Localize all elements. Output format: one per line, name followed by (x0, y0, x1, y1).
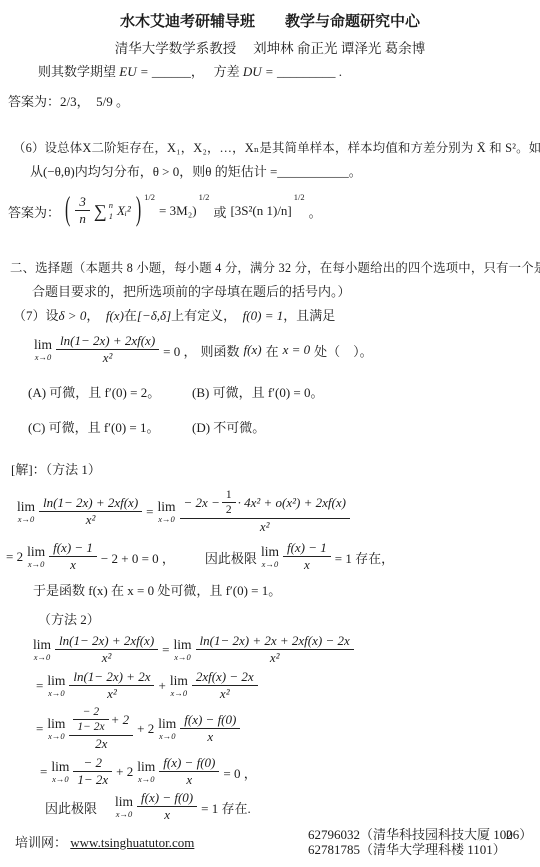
answer-label: 答案为： (8, 202, 60, 221)
section-2-heading-line-1: 二、选择题（本题共 8 小题，每小题 4 分，满分 32 分，在每小题给出的四个… (10, 258, 540, 276)
option-c-label: (C) (28, 420, 45, 435)
question-6-line-2: 从(−θ,θ)内均匀分布，θ > 0，则θ 的矩估计 =___________。 (30, 161, 362, 180)
stem-text: 上有定义， (171, 308, 243, 323)
lim-subscript: x→0 (159, 732, 176, 741)
or-text: 或 (213, 202, 226, 221)
sum-term: Xᵢ² (117, 203, 131, 219)
numerator: ln(1− 2x) + 2x + 2xf(x) − 2x (196, 633, 354, 649)
option-d: (D) 不可微。 (192, 417, 265, 436)
limit-operator: lim x→0 (47, 674, 65, 698)
num-part-b: · 4x² + o(x²) + 2xf(x) (238, 495, 346, 511)
option-c-text: 可微，且 f′(0) = 1。 (49, 420, 160, 435)
numerator: 1 (222, 488, 236, 502)
option-a: (A) 可微，且 f′(0) = 2。 (28, 382, 160, 401)
limit-operator: lim x→0 (115, 795, 133, 819)
denominator: x² (192, 685, 258, 703)
eu-expression: EU = (119, 64, 148, 79)
lim-word: lim (47, 674, 65, 688)
fraction: ln(1− 2x) + 2xf(x) x² (39, 495, 142, 529)
denominator: x (283, 556, 331, 574)
lim-word: lim (158, 500, 176, 514)
fraction: ln(1− 2x) + 2x x² (69, 669, 154, 703)
stem-text: 在 (124, 308, 137, 323)
plus-two-lim: + 2 (137, 721, 154, 737)
numerator: f(x) − f(0) (180, 712, 240, 728)
limit-operator: lim x→0 (158, 500, 176, 524)
stem-text: ，且满足 (283, 308, 335, 323)
math-fx: f(x) (106, 308, 124, 323)
method-2-conclusion: 因此极限 lim x→0 f(x) − f(0) x = 1 存在. (45, 789, 251, 825)
blank-du: _________ (277, 64, 336, 79)
question-7-stem: （7）设δ > 0， f(x)在[−δ,δ]上有定义， f(0) = 1，且满足 (13, 305, 335, 324)
limit-operator: lim x→0 (261, 545, 279, 569)
alt-answer: [3S²(n 1)/n] (230, 203, 291, 219)
therefore-text: 因此极限 (45, 798, 97, 817)
stem-text: 在 (266, 341, 279, 360)
summation-icon: ∑ (94, 202, 107, 220)
fraction: 2xf(x) − 2x x² (192, 669, 258, 703)
option-d-text: 不可微。 (213, 420, 265, 435)
equals-two: = 2 (6, 549, 23, 565)
lim-subscript: x→0 (171, 689, 188, 698)
fraction: ln(1− 2x) + 2x + 2xf(x) − 2x x² (196, 633, 354, 667)
stem-text: ， 方差 (191, 64, 243, 79)
blank-eu: ______ (152, 64, 191, 79)
nested-fraction: 1 2 (222, 488, 236, 518)
lim-subscript: x→0 (28, 560, 45, 569)
nested-fraction: − 2 1− 2x (73, 705, 108, 735)
big-paren-left-icon: ( (64, 192, 71, 230)
fraction: 3 n (75, 194, 90, 228)
fraction: f(x) − f(0) x (137, 790, 197, 824)
denominator: n (75, 210, 90, 228)
exponent: 1/2 (199, 192, 210, 202)
fraction: − 2 1− 2x (73, 755, 112, 789)
denominator: 1− 2x (73, 719, 108, 735)
equals-sign: = (40, 764, 47, 780)
lim-subscript: x→0 (35, 353, 52, 362)
option-d-label: (D) (192, 420, 210, 435)
limit-operator: lim x→0 (33, 638, 51, 662)
footer-left: 培训网： www.tsinghuatutor.com (15, 832, 194, 851)
big-paren-right-icon: ) (135, 192, 142, 230)
lim-subscript: x→0 (138, 775, 155, 784)
option-b-label: (B) (192, 385, 209, 400)
option-b-text: 可微，且 f′(0) = 0。 (213, 385, 324, 400)
numerator: 2xf(x) − 2x (192, 669, 258, 685)
fraction: − 2x − 1 2 · 4x² + o(x²) + 2xf(x) x² (180, 488, 350, 536)
mid-text: − 2 + 0 = 0 ， (101, 548, 175, 567)
tutor-website-link[interactable]: www.tsinghuatutor.com (70, 835, 194, 850)
section-2-heading-line-2: 合题目要求的，把所选项前的字母填在题后的括号内。） (32, 281, 351, 300)
math-interval: [−δ,δ] (137, 308, 171, 323)
footer-phone-2: 62781785（清华大学理科楼 1101） (308, 842, 532, 857)
numerator: − 2 1− 2x + 2 (69, 705, 133, 735)
stem-text: 则函数 (201, 341, 240, 360)
lim-word: lim (115, 795, 133, 809)
num-part-a: − 2x − (184, 495, 220, 511)
page-title: 水木艾迪考研辅导班 教学与命题研究中心 (0, 10, 540, 31)
equals-zero: = 0 ， (223, 763, 256, 782)
numerator: ln(1− 2x) + 2xf(x) (39, 495, 142, 511)
question-6-line-1: （6）设总体X二阶矩存在，X₁，X₂，…，Xₙ是其简单样本，样本均值和方差分别为… (13, 138, 540, 156)
lim-word: lim (33, 638, 51, 652)
fraction: ln(1− 2x) + 2xf(x) x² (56, 333, 159, 367)
limit-operator: lim x→0 (174, 638, 192, 662)
numerator: − 2 (73, 705, 108, 719)
method-1-conclusion: 于是函数 f(x) 在 x = 0 处可微，且 f′(0) = 1。 (33, 580, 281, 599)
du-expression: DU = (243, 64, 274, 79)
training-site-label: 培训网： (15, 835, 67, 850)
lim-subscript: x→0 (48, 689, 65, 698)
equals-sign: = (36, 721, 43, 737)
limit-operator: lim x→0 (17, 500, 35, 524)
method-2-step-2: = lim x→0 ln(1− 2x) + 2x x² + lim x→0 2x… (36, 667, 258, 705)
limit-operator: lim x→0 (170, 674, 188, 698)
numerator: − 2x − 1 2 · 4x² + o(x²) + 2xf(x) (180, 488, 350, 518)
page-number: 2 (506, 827, 513, 843)
answer-6: 答案为： ( 3 n ∑ n 1 Xᵢ² ) 1/2 = 3M₂) 1/2 或 … (8, 190, 322, 232)
lim-word: lim (170, 674, 188, 688)
period: 。 (309, 202, 322, 221)
lim-subscript: x→0 (174, 653, 191, 662)
exists-text: = 1 存在. (201, 798, 251, 817)
lim-word: lim (137, 760, 155, 774)
limit-operator: lim x→0 (47, 717, 65, 741)
lim-subscript: x→0 (34, 653, 51, 662)
numerator: f(x) − f(0) (159, 755, 219, 771)
option-a-label: (A) (28, 385, 46, 400)
option-a-text: 可微，且 f′(0) = 2。 (49, 385, 160, 400)
method-2-step-4: = lim x→0 − 2 1− 2x + 2 lim x→0 f(x) − f… (40, 754, 257, 790)
numerator: f(x) − 1 (49, 540, 97, 556)
lim-word: lim (51, 760, 69, 774)
exponent: 1/2 (144, 192, 155, 202)
method-2-heading: （方法 2） (38, 609, 100, 628)
fraction: f(x) − 1 x (49, 540, 97, 574)
denominator: x (49, 556, 97, 574)
method-1-step-2: = 2 lim x→0 f(x) − 1 x − 2 + 0 = 0 ， 因此极… (6, 538, 394, 576)
solution-heading: [解]：（方法 1） (11, 459, 101, 478)
therefore-text: 因此极限 (205, 548, 257, 567)
document-page: 水木艾迪考研辅导班 教学与命题研究中心 清华大学数学系教授 刘坤林 俞正光 谭泽… (0, 0, 540, 867)
lim-word: lim (158, 717, 176, 731)
method-1-step-1: lim x→0 ln(1− 2x) + 2xf(x) x² = lim x→0 … (17, 482, 350, 542)
denominator: x (159, 771, 219, 789)
numerator: 3 (75, 194, 90, 210)
numerator: − 2 (73, 755, 112, 771)
fraction: f(x) − 1 x (283, 540, 331, 574)
math-delta: δ > 0 (59, 308, 87, 323)
equals-part: = 3M₂) (159, 203, 197, 219)
plus-two-lim: + 2 (116, 764, 133, 780)
denominator: 2 (222, 502, 236, 518)
denominator: x² (56, 349, 159, 367)
limit-operator: lim x→0 (51, 760, 69, 784)
question-7-limit: lim x→0 ln(1− 2x) + 2xf(x) x² = 0 ， 则函数 … (34, 328, 373, 372)
limit-operator: lim x→0 (27, 545, 45, 569)
stem-text: （7）设 (13, 308, 59, 323)
math-x0: x = 0 (283, 342, 311, 358)
lim-subscript: x→0 (18, 515, 35, 524)
plus-sign: + (158, 678, 165, 694)
numerator: ln(1− 2x) + 2xf(x) (56, 333, 159, 349)
footer-right: 62796032（清华科技园科技大厦 1006） 62781785（清华大学理科… (308, 827, 532, 857)
lim-word: lim (47, 717, 65, 731)
lim-word: lim (17, 500, 35, 514)
fraction: − 2 1− 2x + 2 2x (69, 705, 133, 753)
option-b: (B) 可微，且 f′(0) = 0。 (192, 382, 324, 401)
numerator: ln(1− 2x) + 2xf(x) (55, 633, 158, 649)
fraction: f(x) − f(0) x (159, 755, 219, 789)
equals-sign: = (36, 678, 43, 694)
denominator: 2x (69, 735, 133, 753)
limit-operator: lim x→0 (137, 760, 155, 784)
lim-word: lim (174, 638, 192, 652)
denominator: x² (55, 649, 158, 667)
denominator: x (180, 728, 240, 746)
exists-text: = 1 存在， (335, 548, 394, 567)
limit-operator: lim x→0 (34, 338, 52, 362)
lim-subscript: x→0 (158, 515, 175, 524)
exponent: 1/2 (294, 192, 305, 202)
lim-subscript: x→0 (52, 775, 69, 784)
denominator: x (137, 806, 197, 824)
lim-word: lim (261, 545, 279, 559)
lim-subscript: x→0 (116, 810, 133, 819)
lim-word: lim (27, 545, 45, 559)
math-fx: f(x) (244, 342, 262, 358)
denominator: 1− 2x (73, 771, 112, 789)
lim-subscript: x→0 (48, 732, 65, 741)
expectation-blank-line: 则其数学期望 EU = ______， 方差 DU = _________ . (38, 61, 342, 80)
professors-line: 清华大学数学系教授 刘坤林 俞正光 谭泽光 葛余博 (0, 37, 540, 57)
equals-sign: = (146, 504, 153, 520)
numerator: f(x) − f(0) (137, 790, 197, 806)
stem-text: 处（ ）。 (314, 341, 373, 360)
plus-two: + 2 (111, 712, 130, 728)
answer-5: 答案为：2/3， 5/9 。 (8, 91, 129, 110)
limit-operator: lim x→0 (158, 717, 176, 741)
denominator: x² (39, 511, 142, 529)
denominator: x² (180, 518, 350, 536)
method-2-step-1: lim x→0 ln(1− 2x) + 2xf(x) x² = lim x→0 … (33, 630, 354, 670)
denominator: x² (196, 649, 354, 667)
math-f0: f(0) = 1 (243, 308, 284, 323)
fraction: f(x) − f(0) x (180, 712, 240, 746)
equals-zero: = 0 ， (163, 341, 196, 360)
period: . (335, 64, 342, 79)
numerator: ln(1− 2x) + 2x (69, 669, 154, 685)
numerator: f(x) − 1 (283, 540, 331, 556)
option-c: (C) 可微，且 f′(0) = 1。 (28, 417, 160, 436)
fraction: ln(1− 2x) + 2xf(x) x² (55, 633, 158, 667)
method-2-step-3: = lim x→0 − 2 1− 2x + 2 2x + 2 lim x→0 f… (36, 704, 240, 754)
stem-text: 则其数学期望 (38, 64, 119, 79)
denominator: x² (69, 685, 154, 703)
lim-subscript: x→0 (262, 560, 279, 569)
sum-upper: n (109, 200, 113, 211)
footer-phone-1: 62796032（清华科技园科技大厦 1006） (308, 827, 532, 842)
equals-sign: = (162, 642, 169, 658)
summation-limits: n 1 (109, 200, 113, 221)
stem-text: ， (86, 308, 106, 323)
lim-word: lim (34, 338, 52, 352)
sum-lower: 1 (109, 211, 113, 222)
